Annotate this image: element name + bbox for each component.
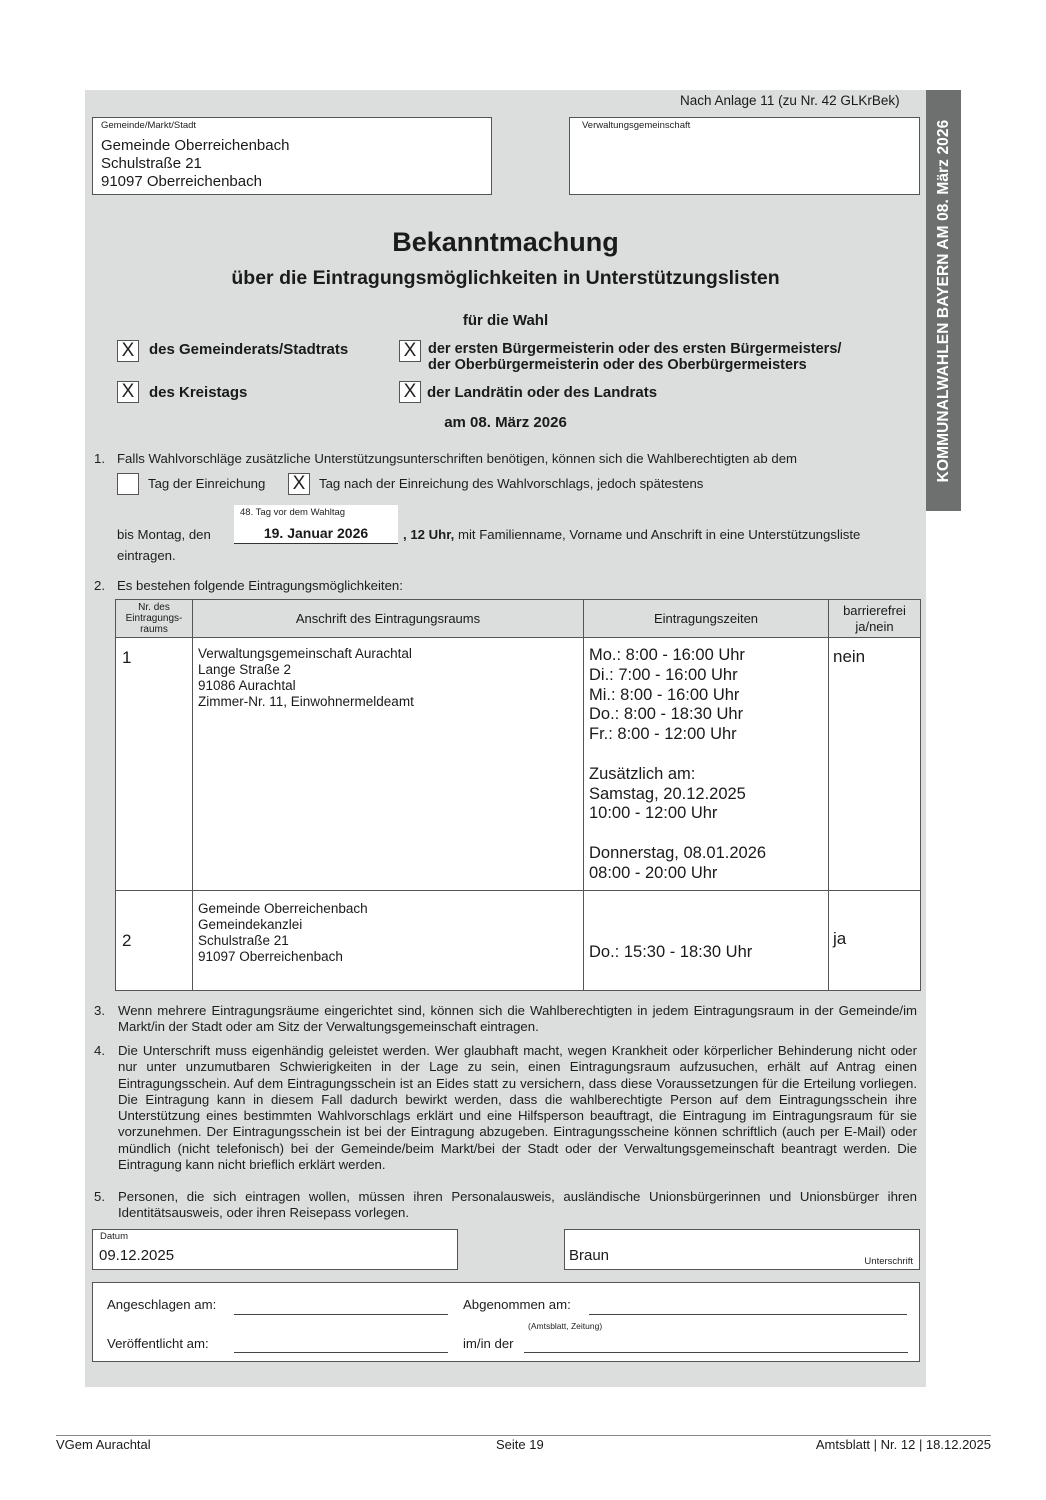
municipality-line: Gemeinde Oberreichenbach xyxy=(101,137,289,155)
label-submission-day: Tag der Einreichung xyxy=(148,476,265,491)
section3-text: Wenn mehrere Eintragungsräume eingericht… xyxy=(118,1003,917,1035)
label-mayor: der ersten Bürgermeisterin oder des erst… xyxy=(428,341,841,373)
election-heading: für die Wahl xyxy=(85,312,926,329)
date-field[interactable]: Datum 09.12.2025 xyxy=(92,1229,458,1270)
cell-accessible: ja xyxy=(829,891,921,991)
table-row: 2 Gemeinde Oberreichenbach Gemeindekanzl… xyxy=(116,891,921,991)
address-line: Gemeindekanzlei xyxy=(198,917,583,933)
header-line: raums xyxy=(116,624,192,635)
section1-text: Falls Wahlvorschläge zusätzliche Unterst… xyxy=(117,451,797,466)
election-date: am 08. März 2026 xyxy=(85,414,926,431)
admin-community-box[interactable]: Verwaltungsgemeinschaft xyxy=(569,117,920,195)
table-row: 1 Verwaltungsgemeinschaft Aurachtal Lang… xyxy=(116,638,921,891)
time-line: Zusätzlich am: xyxy=(589,765,828,785)
footer-divider xyxy=(56,1435,991,1436)
label-mayor-line2: der Oberbürgermeisterin oder des Oberbür… xyxy=(428,357,841,373)
footer-right: Amtsblatt | Nr. 12 | 18.12.2025 xyxy=(816,1437,991,1452)
time-line: Do.: 8:00 - 18:30 Uhr xyxy=(589,705,828,725)
address-line: 91086 Aurachtal xyxy=(198,678,583,694)
date-value: 09.12.2025 xyxy=(99,1247,174,1264)
header-line: ja/nein xyxy=(829,619,920,635)
registration-rooms-table: Nr. des Eintragungs- raums Anschrift des… xyxy=(115,599,921,991)
time-line: 08:00 - 20:00 Uhr xyxy=(589,864,828,884)
cell-address: Gemeinde Oberreichenbach Gemeindekanzlei… xyxy=(193,891,584,991)
address-line: Gemeinde Oberreichenbach xyxy=(198,901,583,917)
deadline-time: , 12 Uhr, xyxy=(403,527,454,542)
time-spacer xyxy=(589,824,828,844)
table-header-row: Nr. des Eintragungs- raums Anschrift des… xyxy=(116,600,921,638)
posting-box: Angeschlagen am: Abgenommen am: Veröffen… xyxy=(92,1282,920,1362)
section4-text: Die Unterschrift muss eigenhändig geleis… xyxy=(118,1043,917,1173)
label-municipal-council: des Gemeinderats/Stadtrats xyxy=(149,341,348,358)
date-label: Datum xyxy=(100,1231,128,1242)
section2-number: 2. xyxy=(94,578,105,593)
header-times: Eintragungszeiten xyxy=(584,600,829,638)
cell-room-number: 2 xyxy=(116,891,193,991)
municipality-line: 91097 Oberreichenbach xyxy=(101,173,289,191)
side-band: KOMMUNALWAHLEN BAYERN AM 08. März 2026 xyxy=(926,90,961,511)
cell-accessible: nein xyxy=(829,638,921,891)
cell-address: Verwaltungsgemeinschaft Aurachtal Lange … xyxy=(193,638,584,891)
label-day-after-submission: Tag nach der Einreichung des Wahlvorschl… xyxy=(319,476,703,491)
address-line: Schulstraße 21 xyxy=(198,933,583,949)
time-line: Di.: 7:00 - 16:00 Uhr xyxy=(589,666,828,686)
checkbox-mayor[interactable]: X xyxy=(399,340,421,362)
checkbox-district-council[interactable]: X xyxy=(117,381,139,403)
deadline-hint: 48. Tag vor dem Wahltag xyxy=(240,507,345,518)
published-in-hint: (Amtsblatt, Zeitung) xyxy=(528,1321,602,1331)
deadline-rest-line2: eintragen. xyxy=(117,548,176,563)
cell-room-number: 1 xyxy=(116,638,193,891)
admin-community-label: Verwaltungsgemeinschaft xyxy=(582,120,690,131)
time-line: Mo.: 8:00 - 16:00 Uhr xyxy=(589,646,828,666)
label-district-administrator: der Landrätin oder des Landrats xyxy=(427,384,657,401)
municipality-box: Gemeinde/Markt/Stadt Gemeinde Oberreiche… xyxy=(92,117,492,195)
time-line: Fr.: 8:00 - 12:00 Uhr xyxy=(589,725,828,745)
until-prefix: bis Montag, den xyxy=(117,527,211,542)
checkbox-municipal-council[interactable]: X xyxy=(117,340,139,362)
section2-text: Es bestehen folgende Eintragungsmöglichk… xyxy=(117,578,403,593)
footer-page: Seite 19 xyxy=(496,1437,544,1452)
label-district-council: des Kreistags xyxy=(149,384,247,401)
header-address: Anschrift des Eintragungsraums xyxy=(193,600,584,638)
signature-label: Unterschrift xyxy=(864,1256,913,1267)
time-line: 10:00 - 12:00 Uhr xyxy=(589,804,828,824)
published-label: Veröffentlicht am: xyxy=(107,1336,209,1351)
header-line: Nr. des xyxy=(116,602,192,613)
checkbox-district-administrator[interactable]: X xyxy=(399,381,421,403)
time-line: Donnerstag, 08.01.2026 xyxy=(589,844,828,864)
cell-times: Do.: 15:30 - 18:30 Uhr xyxy=(584,891,829,991)
time-line: Mi.: 8:00 - 16:00 Uhr xyxy=(589,686,828,706)
header-accessible: barrierefrei ja/nein xyxy=(829,600,921,638)
deadline-value: 19. Januar 2026 xyxy=(234,525,398,541)
signature-value: Braun xyxy=(569,1247,609,1264)
section4-number: 4. xyxy=(94,1043,105,1058)
municipality-address: Gemeinde Oberreichenbach Schulstraße 21 … xyxy=(101,137,289,191)
municipality-line: Schulstraße 21 xyxy=(101,155,289,173)
time-line: Samstag, 20.12.2025 xyxy=(589,785,828,805)
posted-input[interactable] xyxy=(234,1314,448,1315)
form-reference: Nach Anlage 11 (zu Nr. 42 GLKrBek) xyxy=(680,93,900,108)
header-line: Eintragungs- xyxy=(116,613,192,624)
section1-number: 1. xyxy=(94,451,105,466)
deadline-rest: , 12 Uhr, mit Familienname, Vorname und … xyxy=(403,527,860,542)
footer-left: VGem Aurachtal xyxy=(56,1437,151,1452)
published-in-input[interactable] xyxy=(524,1352,908,1353)
side-band-text: KOMMUNALWAHLEN BAYERN AM 08. März 2026 xyxy=(935,119,953,482)
municipality-label: Gemeinde/Markt/Stadt xyxy=(101,120,196,131)
checkbox-submission-day[interactable] xyxy=(117,473,139,495)
signature-field[interactable]: Braun Unterschrift xyxy=(564,1229,920,1270)
deadline-rest-text: mit Familienname, Vorname und Anschrift … xyxy=(458,527,860,542)
checkbox-day-after-submission[interactable]: X xyxy=(288,473,310,495)
deadline-field[interactable]: 48. Tag vor dem Wahltag 19. Januar 2026 xyxy=(234,505,398,544)
published-input[interactable] xyxy=(234,1352,448,1353)
section5-number: 5. xyxy=(94,1189,105,1204)
address-line: 91097 Oberreichenbach xyxy=(198,949,583,965)
label-mayor-line1: der ersten Bürgermeisterin oder des erst… xyxy=(428,341,841,357)
header-room-number: Nr. des Eintragungs- raums xyxy=(116,600,193,638)
address-line: Lange Straße 2 xyxy=(198,662,583,678)
address-line: Zimmer-Nr. 11, Einwohnermeldeamt xyxy=(198,694,583,710)
page-title: Bekanntmachung xyxy=(85,227,926,258)
header-line: barrierefrei xyxy=(829,603,920,619)
page-subtitle: über die Eintragungsmöglichkeiten in Unt… xyxy=(85,267,926,290)
removed-input[interactable] xyxy=(589,1314,907,1315)
posted-label: Angeschlagen am: xyxy=(107,1297,216,1312)
address-line: Verwaltungsgemeinschaft Aurachtal xyxy=(198,646,583,662)
time-spacer xyxy=(589,745,828,765)
published-in-label: im/in der xyxy=(463,1336,514,1351)
removed-label: Abgenommen am: xyxy=(463,1297,571,1312)
section5-text: Personen, die sich eintragen wollen, müs… xyxy=(118,1189,917,1221)
section3-number: 3. xyxy=(94,1003,105,1018)
cell-times: Mo.: 8:00 - 16:00 Uhr Di.: 7:00 - 16:00 … xyxy=(584,638,829,891)
